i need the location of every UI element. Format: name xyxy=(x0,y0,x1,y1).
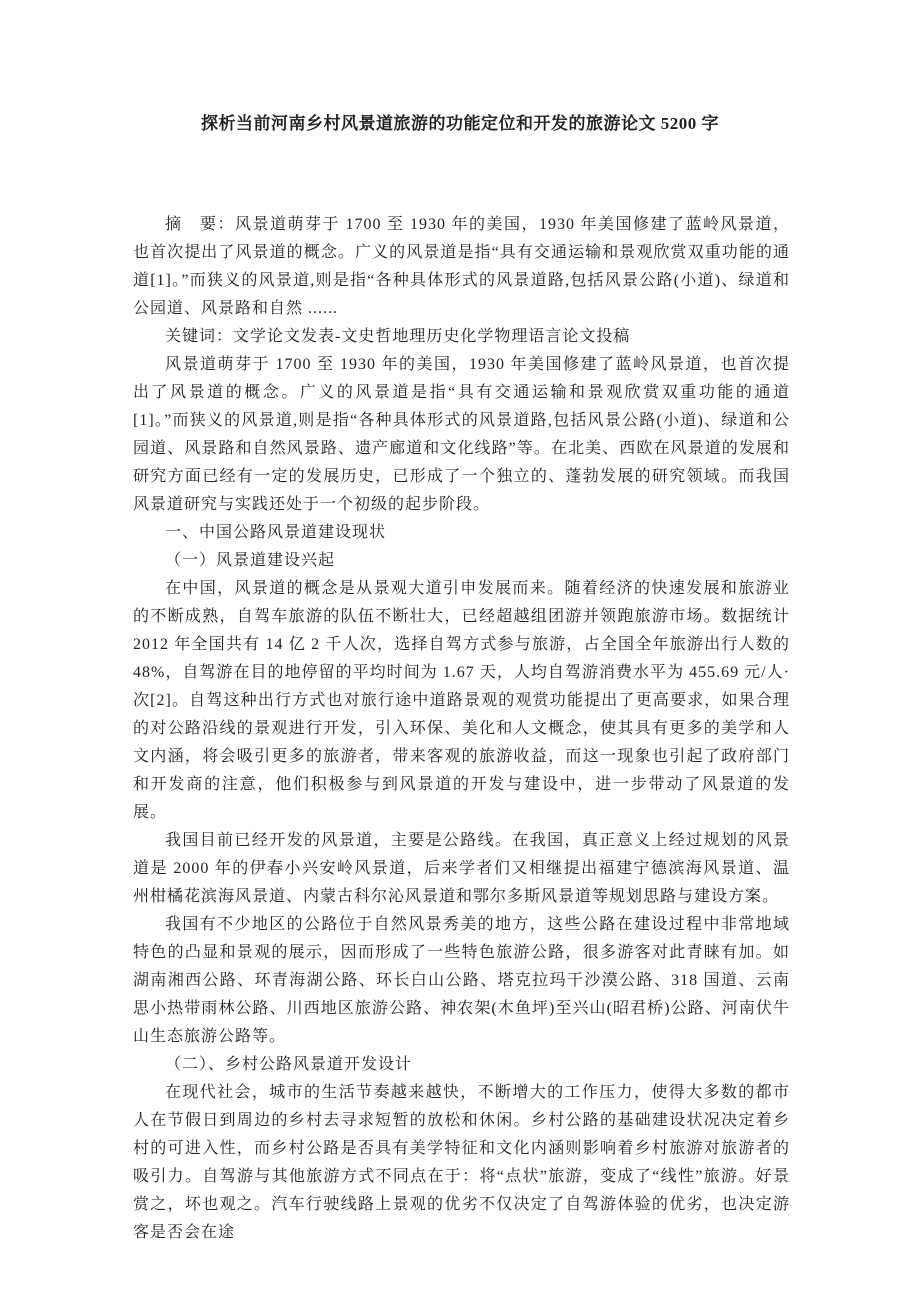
section-heading: （一）风景道建设兴起 xyxy=(133,547,790,575)
document-page: 探析当前河南乡村风景道旅游的功能定位和开发的旅游论文 5200 字 摘 要：风景… xyxy=(0,0,920,1302)
keywords-line: 关键词：文学论文发表-文史哲地理历史化学物理语言论文投稿 xyxy=(133,323,790,351)
section-heading: 一、中国公路风景道建设现状 xyxy=(133,519,790,547)
section-heading: （二）、乡村公路风景道开发设计 xyxy=(133,1051,790,1079)
body-paragraph: 我国目前已经开发的风景道，主要是公路线。在我国，真正意义上经过规划的风景道是 2… xyxy=(133,827,790,911)
body-paragraph: 我国有不少地区的公路位于自然风景秀美的地方，这些公路在建设过程中非常地域特色的凸… xyxy=(133,911,790,1051)
body-paragraph: 风景道萌芽于 1700 至 1930 年的美国，1930 年美国修建了蓝岭风景道… xyxy=(133,351,790,519)
body-paragraph: 在中国，风景道的概念是从景观大道引申发展而来。随着经济的快速发展和旅游业的不断成… xyxy=(133,575,790,827)
document-title: 探析当前河南乡村风景道旅游的功能定位和开发的旅游论文 5200 字 xyxy=(0,0,920,136)
body-paragraph: 在现代社会，城市的生活节奏越来越快，不断增大的工作压力，使得大多数的都市人在节假… xyxy=(133,1079,790,1247)
document-content: 摘 要：风景道萌芽于 1700 至 1930 年的美国，1930 年美国修建了蓝… xyxy=(133,211,790,1247)
abstract-paragraph: 摘 要：风景道萌芽于 1700 至 1930 年的美国，1930 年美国修建了蓝… xyxy=(133,211,790,323)
